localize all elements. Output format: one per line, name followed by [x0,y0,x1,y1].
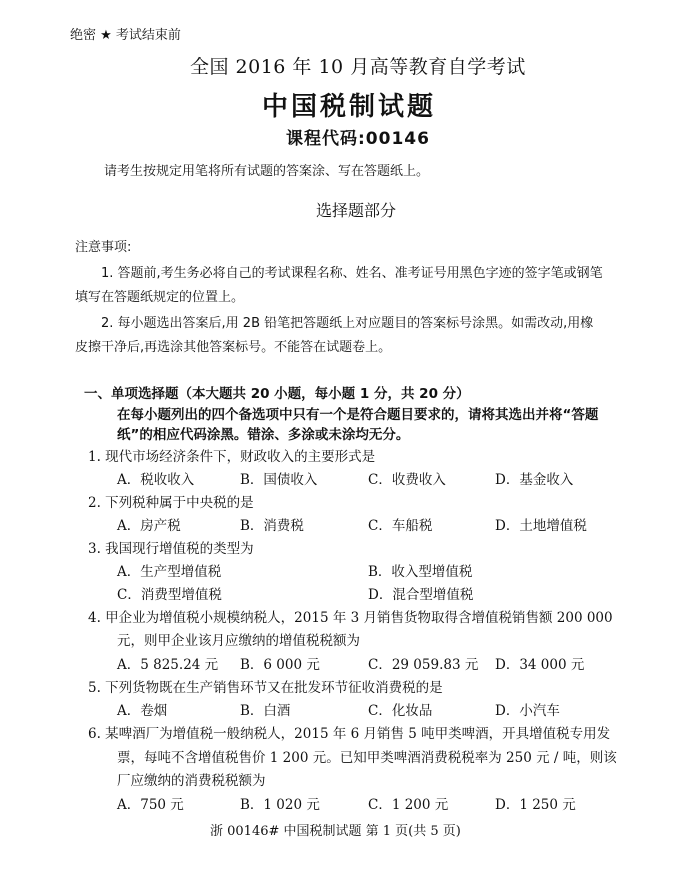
option-a: A．生产型增值税 [117,560,221,580]
notes-label: 注意事项: [75,236,131,255]
option-d: D．土地增值税 [495,514,587,534]
note-line: 1. 答题前,考生务必将自己的考试课程名称、姓名、准考证号用黑色字迹的签字笔或钢… [75,262,603,281]
option-d: D．混合型增值税 [368,583,473,603]
question-stem: 5. 下列货物既在生产销售环节又在批发环节征收消费税的是 [88,676,443,696]
question-stem: 6. 某啤酒厂为增值税一般纳税人，2015 年 6 月销售 5 吨甲类啤酒，开具… [88,722,610,742]
option-d: D．1 250 元 [495,793,576,813]
option-c: C．1 200 元 [368,793,448,813]
option-d: D．基金收入 [495,468,573,488]
page-footer: 浙 00146# 中国税制试题 第 1 页(共 5 页) [210,820,461,839]
answer-instruction: 请考生按规定用笔将所有试题的答案涂、写在答题纸上。 [104,160,429,179]
option-b: B．白酒 [240,699,290,719]
option-d: D．小汽车 [495,699,560,719]
question-stem-cont: 票，每吨不含增值税售价 1 200 元。已知甲类啤酒消费税税率为 250 元 /… [117,746,617,766]
confidential-mark: 绝密 ★ 考试结束前 [70,24,181,43]
option-c: C．车船税 [368,514,432,534]
question-stem: 4. 甲企业为增值税小规模纳税人，2015 年 3 月销售货物取得含增值税销售额… [88,606,613,626]
option-b: B．1 020 元 [240,793,320,813]
option-a: A．750 元 [117,793,184,813]
option-c: C．收费收入 [368,468,446,488]
option-c: C．29 059.83 元 [368,653,478,673]
note-line: 填写在答题纸规定的位置上。 [75,286,244,305]
exam-title: 全国 2016 年 10 月高等教育自学考试 [190,52,526,79]
option-b: B．6 000 元 [240,653,320,673]
section-title: 选择题部分 [316,198,396,221]
question-stem: 2. 下列税种属于中央税的是 [88,491,254,511]
course-code: 课程代码:00146 [286,124,430,149]
option-c: C．消费型增值税 [117,583,222,603]
option-d: D．34 000 元 [495,653,584,673]
option-b: B．国债收入 [240,468,317,488]
question-stem: 3. 我国现行增值税的类型为 [88,537,254,557]
part-title: 一、单项选择题（本大题共 20 小题，每小题 1 分，共 20 分） [84,382,470,402]
option-a: A．5 825.24 元 [117,653,218,673]
question-stem-cont: 厂应缴纳的消费税税额为 [117,769,266,789]
paper-title: 中国税制试题 [262,86,436,123]
question-stem-cont: 元，则甲企业该月应缴纳的增值税税额为 [117,629,360,649]
option-a: A．卷烟 [117,699,167,719]
option-b: B．收入型增值税 [368,560,472,580]
option-a: A．房产税 [117,514,181,534]
part-description: 纸”的相应代码涂黑。错涂、多涂或未涂均无分。 [117,423,409,443]
note-line: 2. 每小题选出答案后,用 2B 铅笔把答题纸上对应题目的答案标号涂黑。如需改动… [75,312,593,331]
option-c: C．化妆品 [368,699,432,719]
option-b: B．消费税 [240,514,304,534]
note-line: 皮擦干净后,再选涂其他答案标号。不能答在试题卷上。 [75,336,391,355]
question-stem: 1. 现代市场经济条件下，财政收入的主要形式是 [88,445,375,465]
option-a: A．税收收入 [117,468,194,488]
part-description: 在每小题列出的四个备选项中只有一个是符合题目要求的，请将其选出并将“答题 [117,403,598,423]
